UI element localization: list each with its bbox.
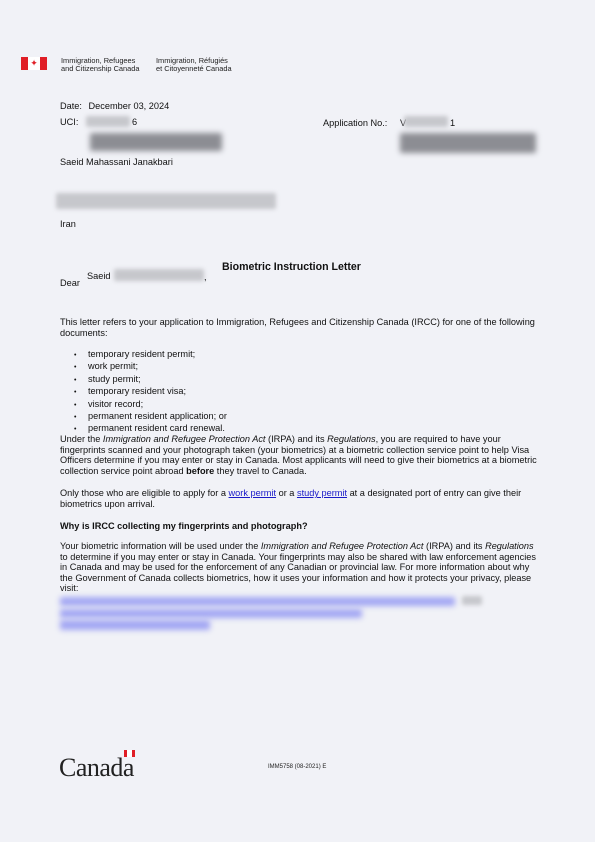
redacted-address — [56, 193, 276, 209]
list-item: permanent resident application; or — [58, 411, 227, 423]
date-value: December 03, 2024 — [89, 101, 170, 111]
application-suffix: 1 — [450, 118, 455, 128]
uci-suffix: 6 — [132, 117, 137, 127]
salutation-comma: , — [204, 272, 207, 282]
org-name-fr: Immigration, Réfugiés et Citoyenneté Can… — [156, 57, 232, 73]
documents-list: temporary resident permit; work permit; … — [58, 349, 227, 436]
org-name-en: Immigration, Refugees and Citizenship Ca… — [61, 57, 139, 73]
letter-title: Biometric Instruction Letter — [222, 261, 361, 273]
redacted-barcode-right — [400, 133, 536, 153]
requirement-paragraph: Under the Immigration and Refugee Protec… — [60, 434, 538, 476]
canada-wordmark: Canada — [59, 753, 134, 783]
regulations-name: Regulations — [485, 541, 534, 551]
redacted-link-tail — [462, 596, 482, 605]
salutation: Dear — [60, 278, 80, 288]
date-line: Date: December 03, 2024 — [60, 101, 169, 111]
uci-line: UCI: — [60, 117, 78, 127]
text: Your biometric information will be used … — [60, 541, 261, 551]
org-en-line2: and Citizenship Canada — [61, 65, 139, 73]
act-name: Immigration and Refugee Protection Act — [261, 541, 424, 551]
form-number: IMM5758 (08-2021) E — [268, 764, 326, 770]
date-label: Date: — [60, 101, 82, 111]
emphasis-before: before — [186, 466, 214, 476]
text: (IRPA) and its — [265, 434, 327, 444]
why-heading: Why is IRCC collecting my fingerprints a… — [60, 521, 308, 531]
list-item: work permit; — [58, 361, 227, 373]
canada-flag-icon: ✦ — [21, 57, 47, 70]
act-name: Immigration and Refugee Protection Act — [103, 434, 266, 444]
regulations-name: Regulations — [327, 434, 376, 444]
wordmark-flag-icon — [124, 750, 135, 757]
org-fr-line2: et Citoyenneté Canada — [156, 65, 232, 73]
text: (IRPA) and its — [423, 541, 485, 551]
list-item: visitor record; — [58, 399, 227, 411]
redacted-link-line1[interactable] — [60, 597, 455, 606]
wordmark-text: Canada — [59, 753, 134, 782]
redacted-barcode-left — [90, 133, 222, 151]
uci-label: UCI: — [60, 117, 78, 127]
work-permit-link[interactable]: work permit — [229, 488, 276, 498]
redacted-link-line2[interactable] — [60, 609, 362, 618]
study-permit-link[interactable]: study permit — [297, 488, 347, 498]
recipient-country: Iran — [60, 219, 76, 229]
salutation-name: Saeid — [87, 271, 111, 281]
text: they travel to Canada. — [214, 466, 306, 476]
redacted-surname — [114, 269, 204, 281]
list-item: study permit; — [58, 374, 227, 386]
text: Only those who are eligible to apply for… — [60, 488, 229, 498]
text: to determine if you may enter or stay in… — [60, 552, 536, 594]
text: Under the — [60, 434, 103, 444]
list-item: temporary resident permit; — [58, 349, 227, 361]
redacted-application-no — [404, 116, 448, 127]
text: or a — [276, 488, 297, 498]
intro-paragraph: This letter refers to your application t… — [60, 317, 538, 338]
recipient-name: Saeid Mahassani Janakbari — [60, 157, 173, 167]
application-label: Application No.: — [323, 118, 387, 128]
list-item: temporary resident visa; — [58, 386, 227, 398]
eligibility-paragraph: Only those who are eligible to apply for… — [60, 488, 538, 509]
redacted-uci — [86, 116, 130, 127]
privacy-paragraph: Your biometric information will be used … — [60, 541, 538, 594]
redacted-link-line3[interactable] — [60, 620, 210, 630]
